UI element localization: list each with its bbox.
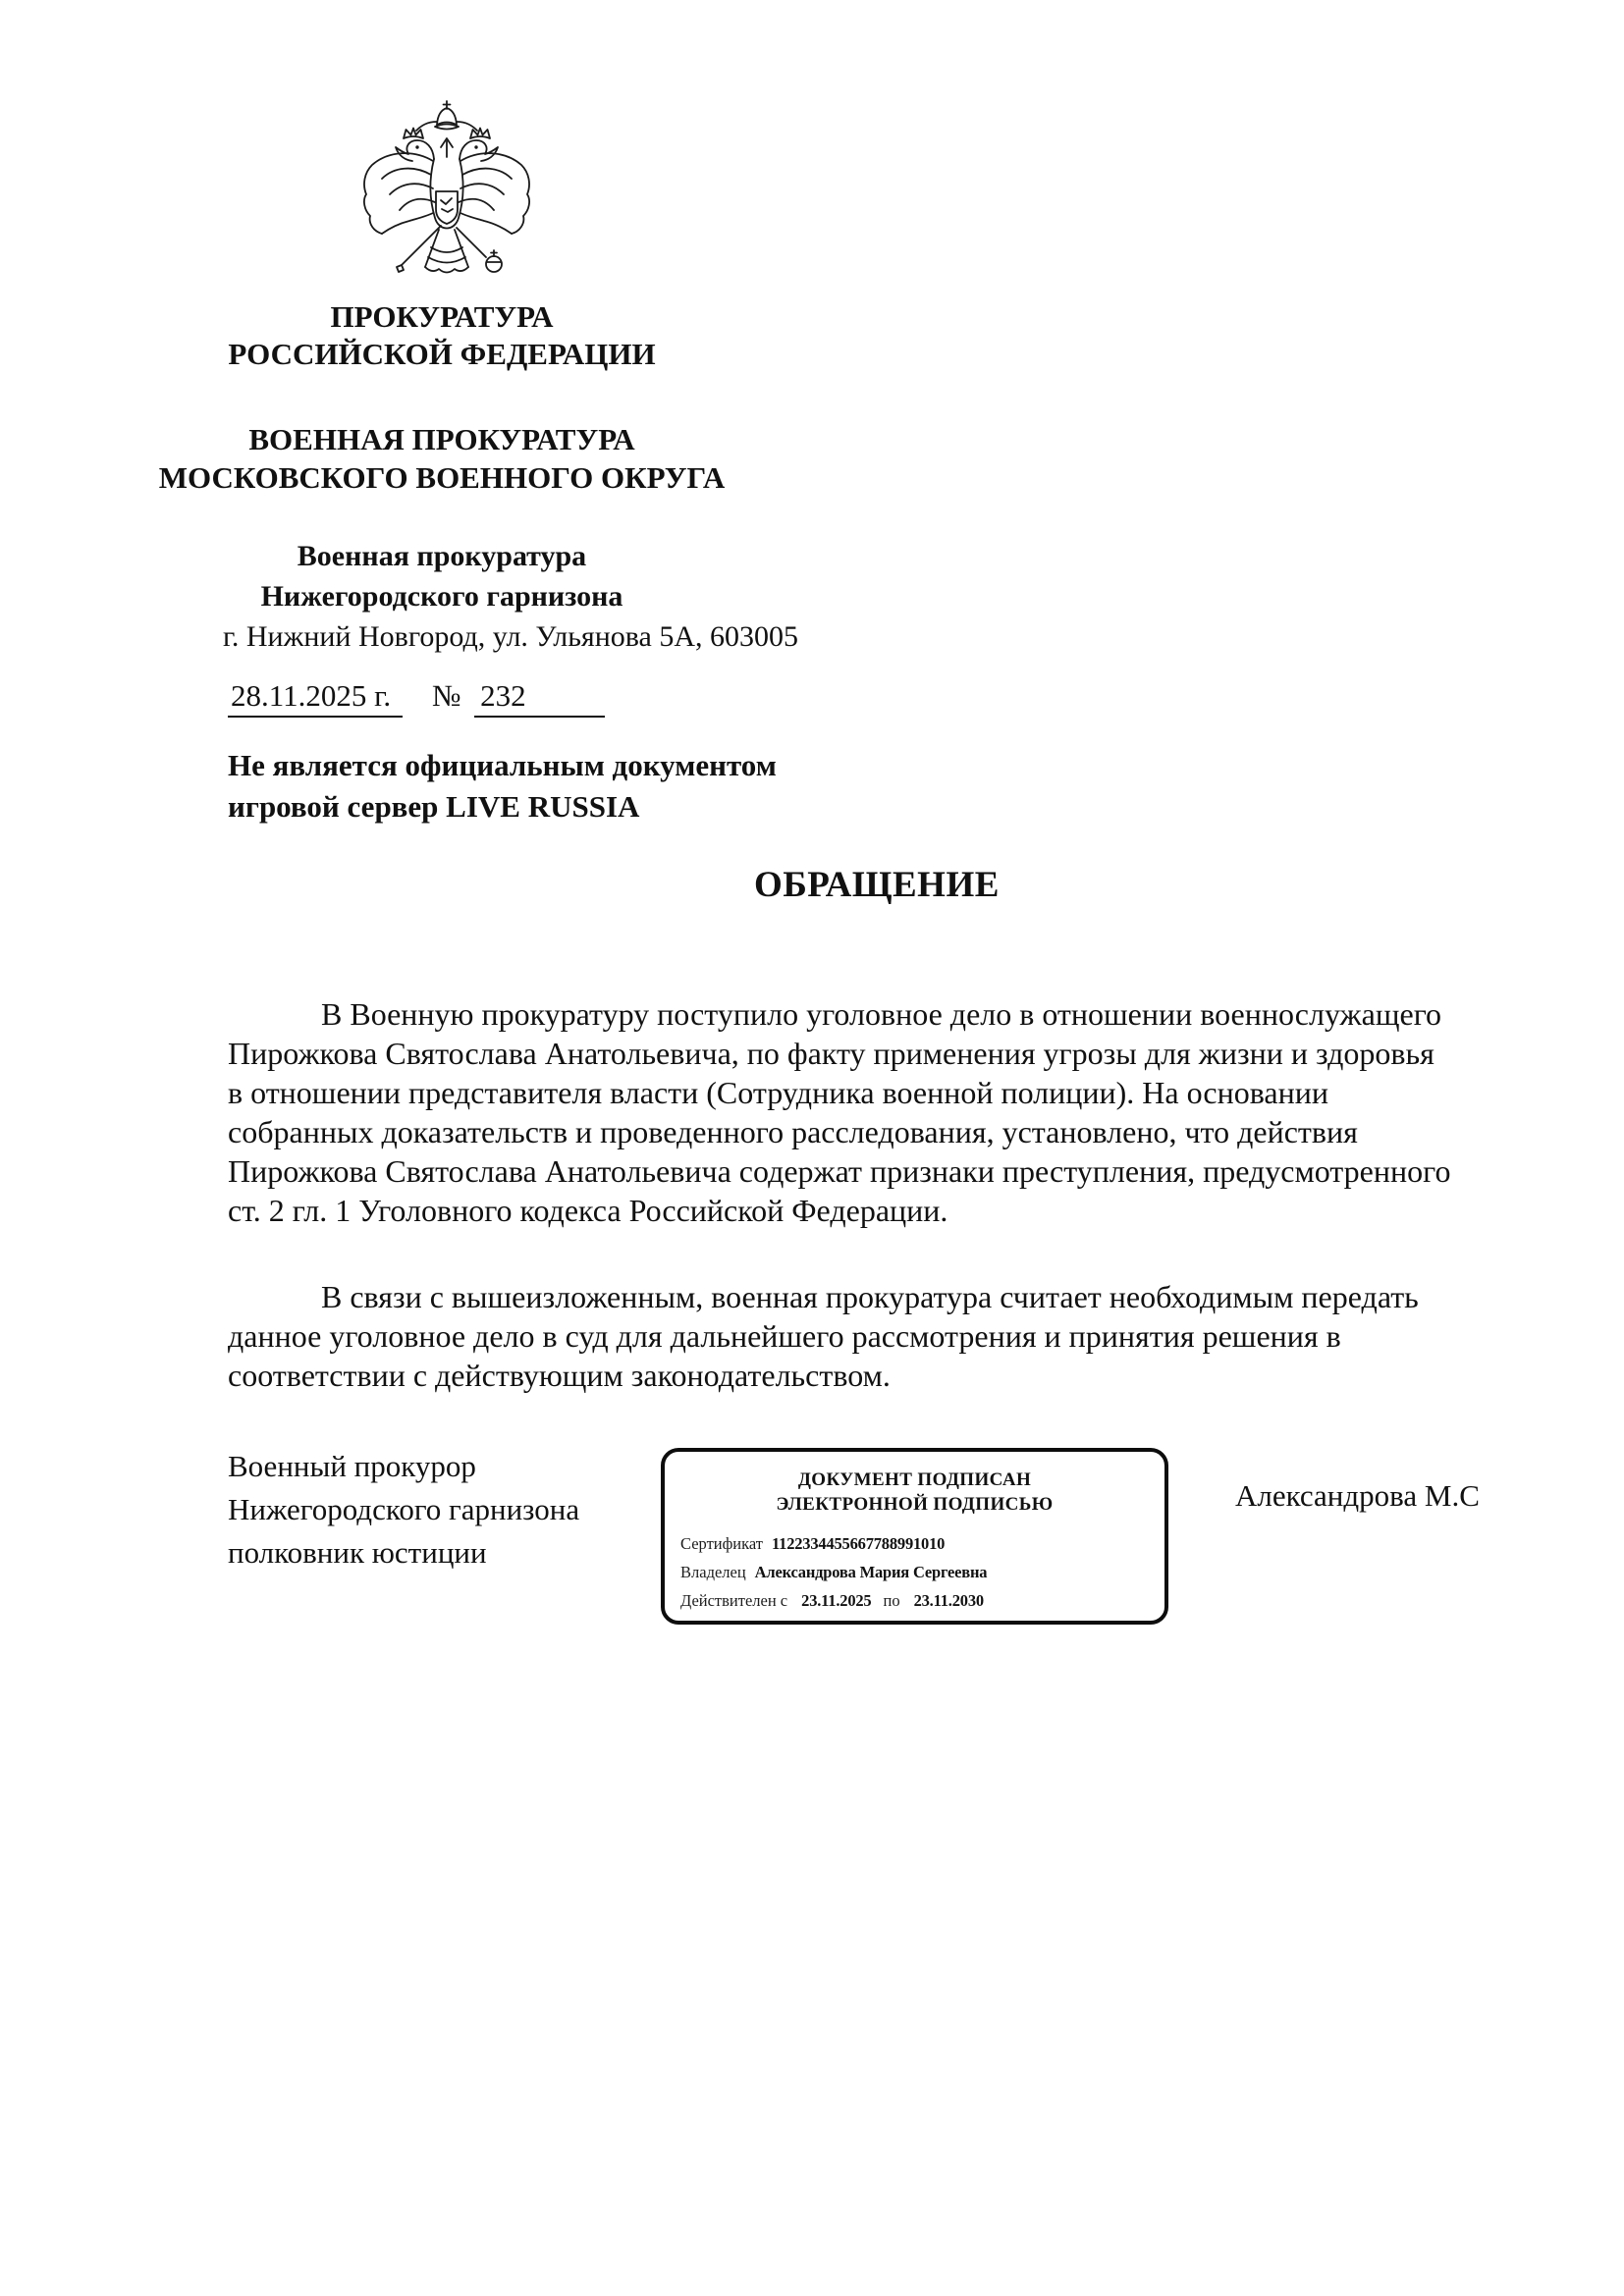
stamp-title: ДОКУМЕНТ ПОДПИСАН ЭЛЕКТРОННОЙ ПОДПИСЬЮ (665, 1468, 1164, 1517)
valid-to-label: по (883, 1591, 899, 1610)
owner-label: Владелец (680, 1563, 746, 1581)
org-name-line-3: ВОЕННАЯ ПРОКУРАТУРА (128, 420, 756, 458)
disclaimer-note: Не является официальным документом игров… (228, 745, 777, 827)
org-name-military: ВОЕННАЯ ПРОКУРАТУРА МОСКОВСКОГО ВОЕННОГО… (128, 420, 756, 497)
stamp-title-line-1: ДОКУМЕНТ ПОДПИСАН (665, 1468, 1164, 1492)
certificate-number: 1122334455667788991010 (772, 1534, 945, 1553)
valid-from-date: 23.11.2025 (801, 1591, 871, 1610)
coat-of-arms-icon (356, 98, 537, 294)
unit-name: Военная прокуратура Нижегородского гарни… (128, 536, 756, 616)
unit-address: г. Нижний Новгород, ул. Ульянова 5А, 603… (206, 619, 815, 655)
e-signature-stamp: ДОКУМЕНТ ПОДПИСАН ЭЛЕКТРОННОЙ ПОДПИСЬЮ С… (661, 1448, 1168, 1625)
org-name-line-4: МОСКОВСКОГО ВОЕННОГО ОКРУГА (128, 458, 756, 497)
number-sign: № (432, 678, 461, 713)
reference-row: 28.11.2025 г. № 232 (228, 679, 605, 718)
document-date: 28.11.2025 г. (228, 679, 403, 718)
signer-post: Военный прокурор Нижегородского гарнизон… (228, 1445, 579, 1575)
document-page: ПРОКУРАТУРА РОССИЙСКОЙ ФЕДЕРАЦИИ ВОЕННАЯ… (0, 0, 1624, 2296)
document-title: ОБРАЩЕНИЕ (228, 866, 1526, 905)
body-paragraph-2: В связи с вышеизложенным, военная прокур… (228, 1277, 1543, 1395)
stamp-details: Сертификат1122334455667788991010 Владеле… (680, 1529, 1151, 1615)
stamp-validity-row: Действителен с23.11.2025по23.11.2030 (680, 1586, 1151, 1615)
org-name-top: ПРОКУРАТУРА РОССИЙСКОЙ ФЕДЕРАЦИИ (128, 298, 756, 373)
org-name-line-2: РОССИЙСКОЙ ФЕДЕРАЦИИ (128, 336, 756, 373)
valid-from-label: Действителен с (680, 1591, 787, 1610)
body-paragraph-1: В Военную прокуратуру поступило уголовно… (228, 994, 1543, 1230)
document-number: 232 (474, 679, 605, 718)
owner-name: Александрова Мария Сергеевна (755, 1563, 988, 1581)
stamp-certificate-row: Сертификат1122334455667788991010 (680, 1529, 1151, 1558)
signer-name: Александрова М.С (1235, 1478, 1480, 1514)
org-name-line-1: ПРОКУРАТУРА (128, 298, 756, 336)
certificate-label: Сертификат (680, 1534, 763, 1553)
valid-to-date: 23.11.2030 (914, 1591, 984, 1610)
stamp-owner-row: ВладелецАлександрова Мария Сергеевна (680, 1558, 1151, 1586)
stamp-title-line-2: ЭЛЕКТРОННОЙ ПОДПИСЬЮ (665, 1492, 1164, 1517)
